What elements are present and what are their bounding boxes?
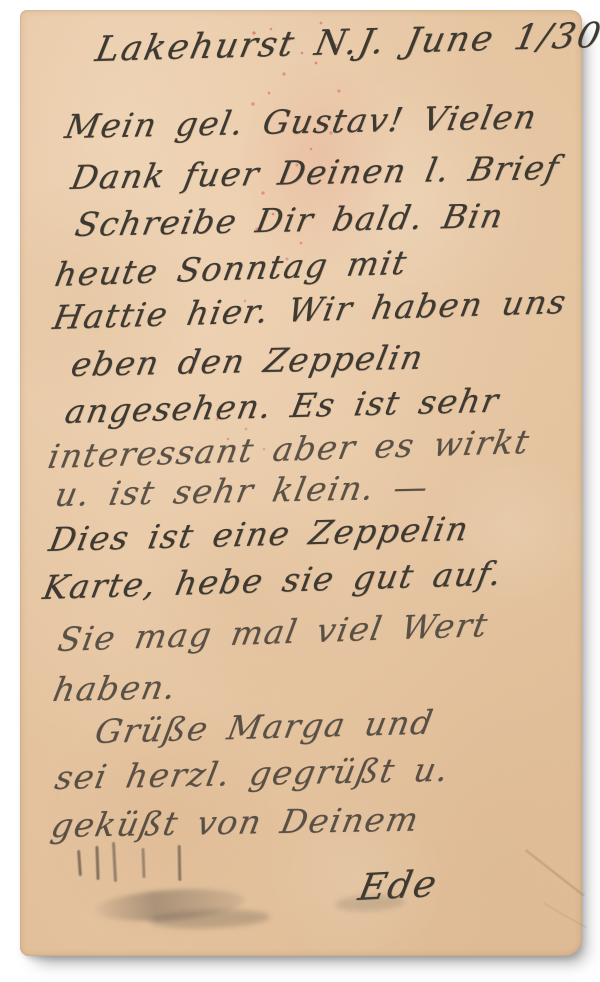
handwritten-line-1: Mein gel. Gustav! Vielen — [62, 97, 541, 146]
handwritten-line-14: Grüße Marga und — [92, 703, 437, 751]
ink-tick-mark — [112, 842, 117, 882]
handwritten-line-15: sei herzl. gegrüßt u. — [52, 750, 453, 797]
handwritten-line-16: geküßt von Deinem — [48, 800, 423, 845]
handwritten-line-2: Dank fuer Deinen l. Brief — [68, 148, 563, 197]
ink-tick-mark — [77, 850, 82, 876]
handwritten-line-4: heute Sonntag mit — [52, 243, 411, 294]
handwritten-line-6: eben den Zeppelin — [68, 338, 427, 384]
ink-smudge — [94, 885, 246, 925]
handwritten-line-3: Schreibe Dir bald. Bin — [72, 196, 507, 244]
paper-crease — [525, 849, 584, 896]
handwritten-line-8: interessant aber es wirkt — [45, 422, 533, 476]
postcard: Lakehurst N.J. June 1/30. Mein gel. Gust… — [20, 10, 582, 956]
handwritten-line-10: Dies ist eine Zeppelin — [46, 509, 473, 559]
paper-crease — [543, 903, 587, 929]
handwritten-line-11: Karte, hebe sie gut auf. — [40, 554, 506, 607]
postmark-ink-speckles — [20, 10, 22, 12]
ink-tick-mark — [141, 848, 145, 878]
handwritten-dateline: Lakehurst N.J. June 1/30. — [92, 16, 600, 70]
ink-tick-mark — [95, 846, 99, 880]
handwritten-line-12: Sie mag mal viel Wert — [55, 605, 492, 659]
handwritten-line-9: u. ist sehr klein. — — [52, 467, 432, 514]
handwritten-line-13: haben. — [50, 667, 180, 709]
ink-smudge — [150, 908, 271, 930]
signature: Ede — [355, 862, 441, 909]
scan-page: Lakehurst N.J. June 1/30. Mein gel. Gust… — [0, 0, 600, 982]
ink-tick-mark — [178, 845, 182, 881]
handwritten-line-7: angesehen. Es ist sehr — [62, 381, 503, 431]
